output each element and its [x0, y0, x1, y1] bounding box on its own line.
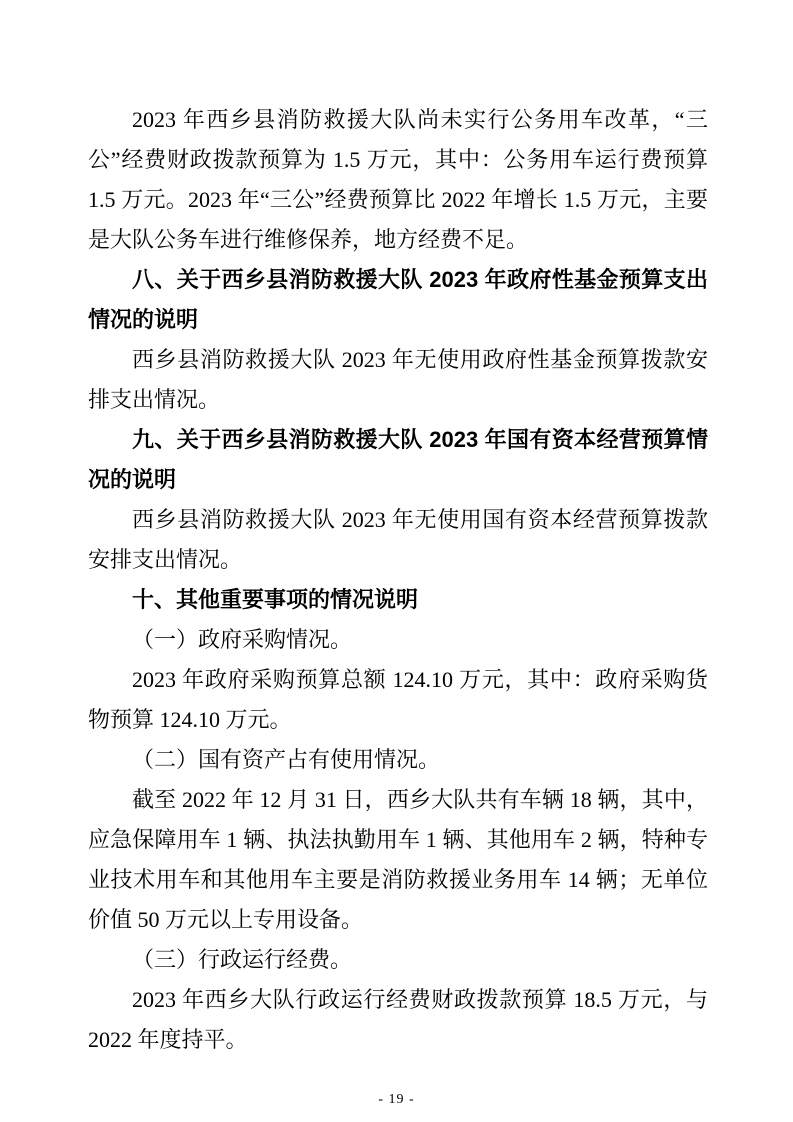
subheading-state-assets: （二）国有资产占有使用情况。	[88, 740, 708, 780]
subheading-gov-procurement: （一）政府采购情况。	[88, 620, 708, 660]
document-page: 2023 年西乡县消防救援大队尚未实行公务用车改革，“三公”经费财政拨款预算为 …	[0, 0, 793, 1122]
paragraph-state-capital-budget: 西乡县消防救援大队 2023 年无使用国有资本经营预算拨款安排支出情况。	[88, 500, 708, 580]
heading-section-ten: 十、其他重要事项的情况说明	[88, 580, 708, 620]
paragraph-admin-operating-expense: 2023 年西乡大队行政运行经费财政拨款预算 18.5 万元，与 2022 年度…	[88, 980, 708, 1060]
paragraph-gov-procurement: 2023 年政府采购预算总额 124.10 万元，其中：政府采购货物预算 124…	[88, 660, 708, 740]
document-body: 2023 年西乡县消防救援大队尚未实行公务用车改革，“三公”经费财政拨款预算为 …	[88, 100, 708, 1060]
paragraph-gov-fund-budget: 西乡县消防救援大队 2023 年无使用政府性基金预算拨款安排支出情况。	[88, 340, 708, 420]
subheading-admin-operating-expense: （三）行政运行经费。	[88, 940, 708, 980]
paragraph-three-public-expense: 2023 年西乡县消防救援大队尚未实行公务用车改革，“三公”经费财政拨款预算为 …	[88, 100, 708, 260]
paragraph-state-assets-vehicles: 截至 2022 年 12 月 31 日，西乡大队共有车辆 18 辆，其中，应急保…	[88, 780, 708, 940]
page-number: - 19 -	[0, 1092, 793, 1108]
heading-section-eight: 八、关于西乡县消防救援大队 2023 年政府性基金预算支出情况的说明	[88, 260, 708, 340]
heading-section-nine: 九、关于西乡县消防救援大队 2023 年国有资本经营预算情况的说明	[88, 420, 708, 500]
